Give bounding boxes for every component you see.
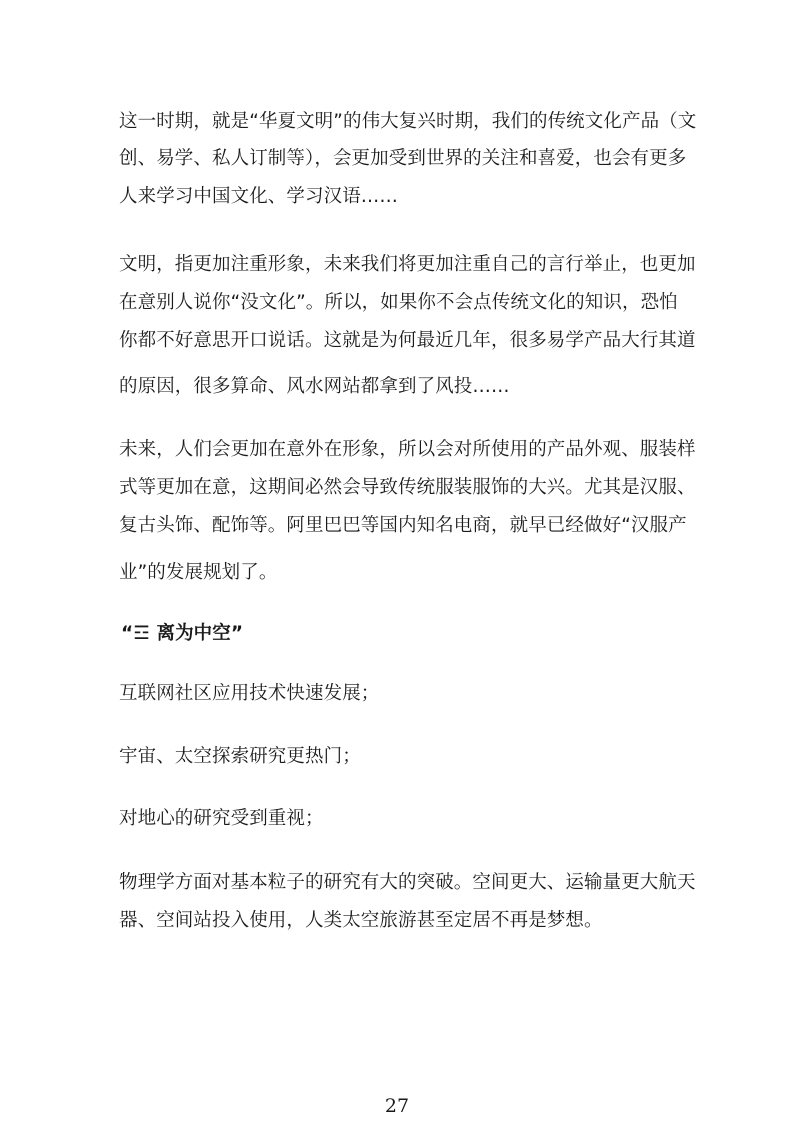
paragraph-line: 文明，指更加注重形象，未来我们将更加注重自己的言行举止，也更加 (119, 253, 675, 277)
section-heading: “☲ 离为中空” (121, 622, 677, 646)
list-item: 对地心的研究受到重视； (119, 807, 675, 831)
paragraph-line: 业”的发展规划了。 (119, 561, 675, 585)
document-page: 这一时期，就是“华夏文明”的伟大复兴时期，我们的传统文化产品（文 创、易学、私人… (0, 0, 794, 1122)
paragraph-line: 复古头饰、配饰等。阿里巴巴等国内知名电商，就早已经做好“汉服产 (119, 514, 675, 538)
paragraph-line: 这一时期，就是“华夏文明”的伟大复兴时期，我们的传统文化产品（文 (119, 110, 675, 134)
paragraph-line: 你都不好意思开口说话。这就是为何最近几年，很多易学产品大行其道 (119, 329, 675, 353)
paragraph-line: 在意别人说你“没文化”。所以，如果你不会点传统文化的知识，恐怕 (119, 291, 675, 315)
list-item: 互联网社区应用技术快速发展； (119, 682, 675, 706)
paragraph-line: 式等更加在意，这期间必然会导致传统服装服饰的大兴。尤其是汉服、 (119, 476, 675, 500)
paragraph-line: 物理学方面对基本粒子的研究有大的突破。空间更大、运输量更大航天 (119, 871, 675, 895)
paragraph-line: 器、空间站投入使用，人类太空旅游甚至定居不再是梦想。 (119, 909, 675, 933)
page-number: 27 (0, 1094, 794, 1118)
paragraph-line: 创、易学、私人订制等），会更加受到世界的关注和喜爱，也会有更多 (119, 147, 675, 171)
paragraph-line: 的原因，很多算命、风水网站都拿到了风投…… (119, 375, 675, 399)
paragraph-line: 人来学习中国文化、学习汉语…… (119, 185, 675, 209)
paragraph-line: 未来，人们会更加在意外在形象，所以会对所使用的产品外观、服装样 (119, 438, 675, 462)
list-item: 宇宙、太空探索研究更热门； (119, 745, 675, 769)
